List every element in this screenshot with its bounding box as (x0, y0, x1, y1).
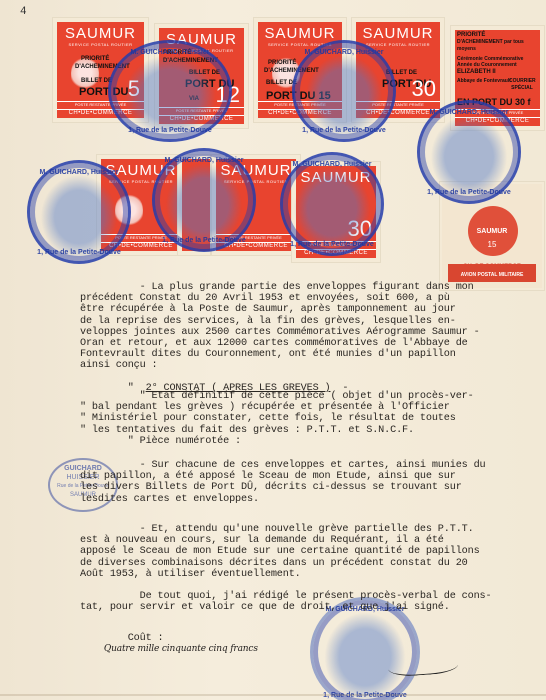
paper-edge (0, 694, 546, 696)
cost-line: Coût : Quatre mille cinquante cinq franc… (80, 622, 538, 667)
paragraph-4: - Et, attendu qu'une nouvelle grève part… (80, 524, 538, 580)
handwritten-cost: Quatre mille cinquante cinq francs (104, 644, 258, 654)
ink-cancel-stamp: M. GUICHARD, Huissier 1, Rue de la Petit… (417, 100, 521, 204)
ink-cancel-stamp: M. GUICHARD, Huissier 1, Rue de la Petit… (280, 152, 384, 256)
ink-cancel-stamp: M. GUICHARD, Huissier 1, Rue de la Petit… (108, 40, 232, 142)
document-page: 4 SAUMUR SERVICE POSTAL ROUTIER PRIORITÉ… (0, 0, 546, 700)
paragraph-2: " Etat définitif de cette pièce ( objet … (80, 391, 538, 447)
ink-cancel-stamp: M. GUICHARD, Huissier 1, Rue de la Petit… (292, 40, 396, 142)
page-marker: 4 (20, 6, 27, 18)
paragraph-1: - La plus grande partie des enveloppes f… (80, 282, 538, 372)
ink-cancel-stamp: M. GUICHARD, Huissier 1, Rue de la Petit… (152, 148, 256, 252)
paragraph-3: - Sur chacune de ces enveloppes et carte… (80, 460, 538, 505)
ink-cancel-stamp: M. GUICHARD, Huissier 1, Rue de la Petit… (27, 160, 131, 264)
signature (387, 652, 458, 678)
paragraph-5: De tout quoi, j'ai rédigé le présent pro… (80, 591, 538, 613)
